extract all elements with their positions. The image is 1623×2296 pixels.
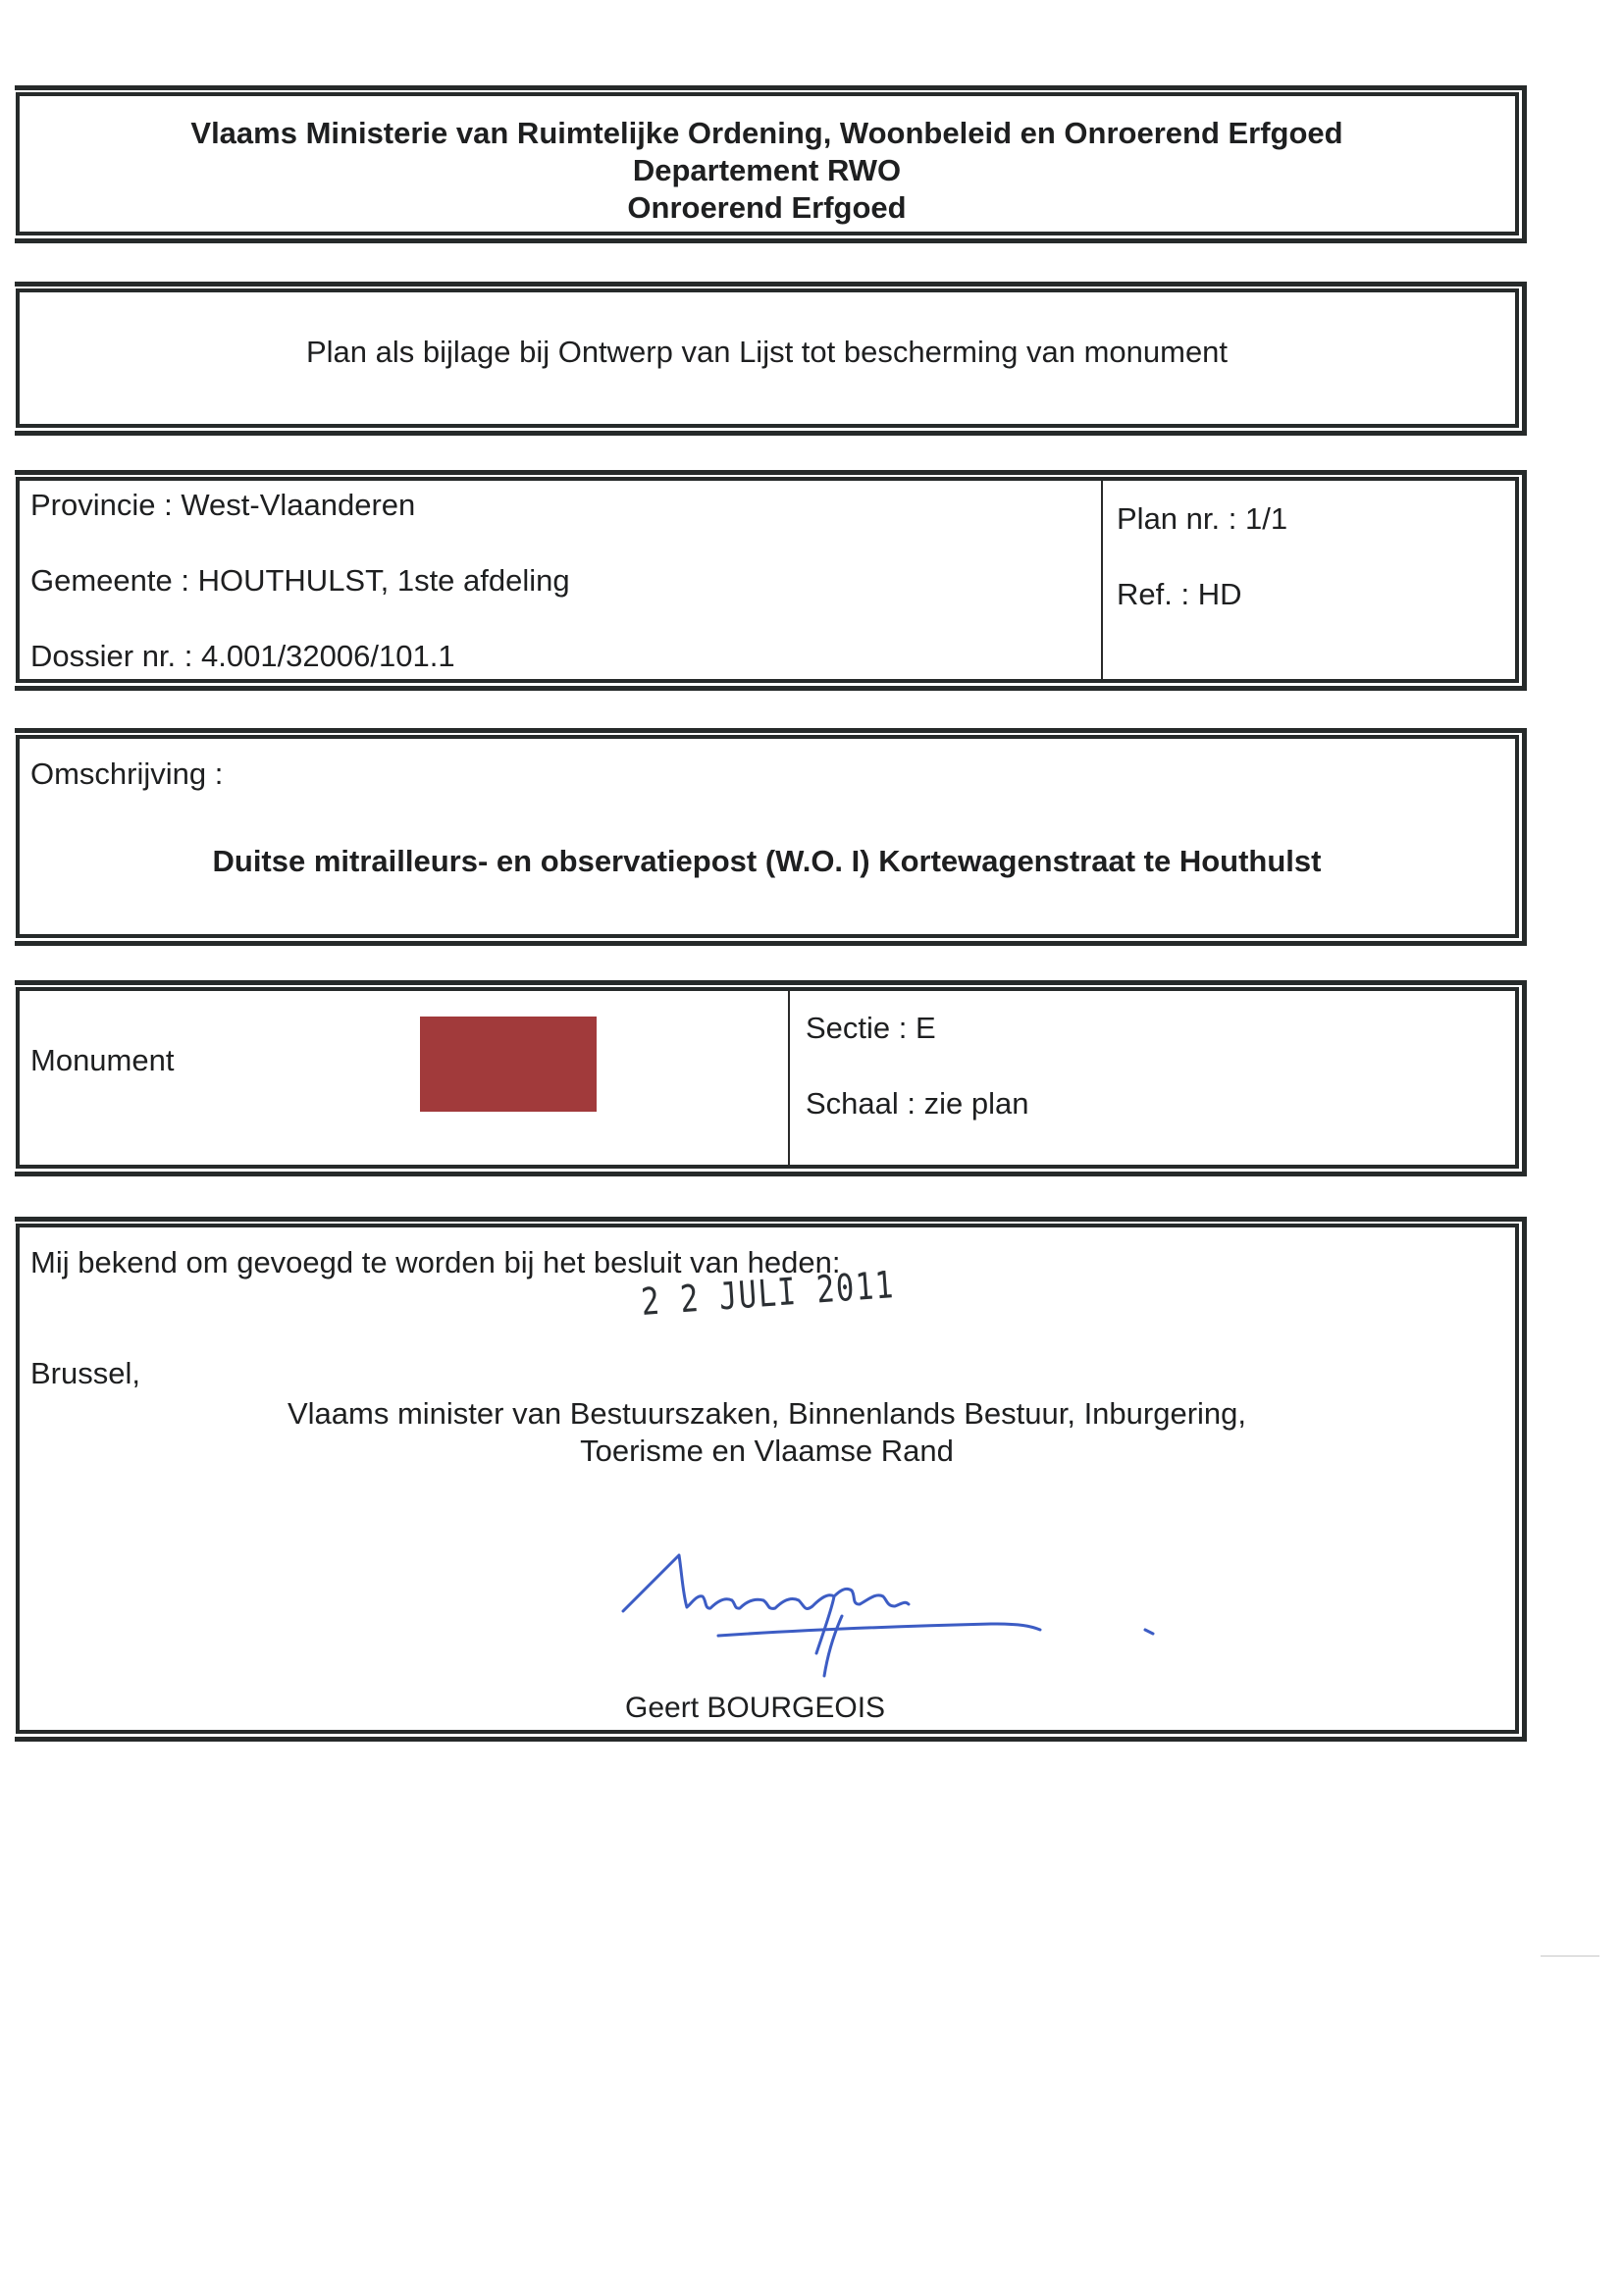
approval-box: Mij bekend om gevoegd te worden bij het …	[0, 1217, 1527, 1742]
plan-title: Plan als bijlage bij Ontwerp van Lijst t…	[15, 337, 1519, 367]
minister-title-line1: Vlaams minister van Bestuurszaken, Binne…	[15, 1398, 1519, 1429]
department-name: Departement RWO	[15, 155, 1519, 185]
dossier-number-field: Dossier nr. : 4.001/32006/101.1	[30, 641, 455, 671]
legend-box: Monument Sectie : E Schaal : zie plan	[0, 980, 1527, 1176]
column-divider	[788, 991, 790, 1165]
description-box: Omschrijving : Duitse mitrailleurs- en o…	[0, 728, 1527, 946]
gemeente-field: Gemeente : HOUTHULST, 1ste afdeling	[30, 565, 570, 596]
section-field: Sectie : E	[806, 1013, 936, 1043]
signatory-name: Geert BOURGEOIS	[625, 1694, 885, 1723]
plan-title-box: Plan als bijlage bij Ontwerp van Lijst t…	[0, 282, 1527, 436]
inner-frame	[16, 735, 1519, 938]
provincie-field: Provincie : West-Vlaanderen	[30, 490, 415, 520]
signature-icon	[589, 1536, 1197, 1683]
column-divider	[1101, 481, 1103, 679]
ministry-header-box: Vlaams Ministerie van Ruimtelijke Ordeni…	[0, 85, 1527, 243]
scale-field: Schaal : zie plan	[806, 1088, 1028, 1119]
monument-legend-label: Monument	[30, 1045, 174, 1075]
place-label: Brussel,	[30, 1358, 140, 1388]
monument-description: Duitse mitrailleurs- en observatiepost (…	[15, 846, 1519, 876]
ministry-name: Vlaams Ministerie van Ruimtelijke Ordeni…	[15, 118, 1519, 148]
reference-field: Ref. : HD	[1117, 579, 1241, 609]
inner-frame	[16, 987, 1519, 1169]
location-details-box: Provincie : West-Vlaanderen Gemeente : H…	[0, 470, 1527, 691]
approval-statement: Mij bekend om gevoegd te worden bij het …	[30, 1247, 840, 1278]
description-label: Omschrijving :	[30, 758, 223, 789]
plan-number-field: Plan nr. : 1/1	[1117, 503, 1287, 534]
monument-color-swatch	[420, 1017, 597, 1112]
agency-name: Onroerend Erfgoed	[15, 192, 1519, 223]
minister-title-line2: Toerisme en Vlaamse Rand	[15, 1435, 1519, 1466]
scan-artifact	[1541, 1956, 1599, 1957]
